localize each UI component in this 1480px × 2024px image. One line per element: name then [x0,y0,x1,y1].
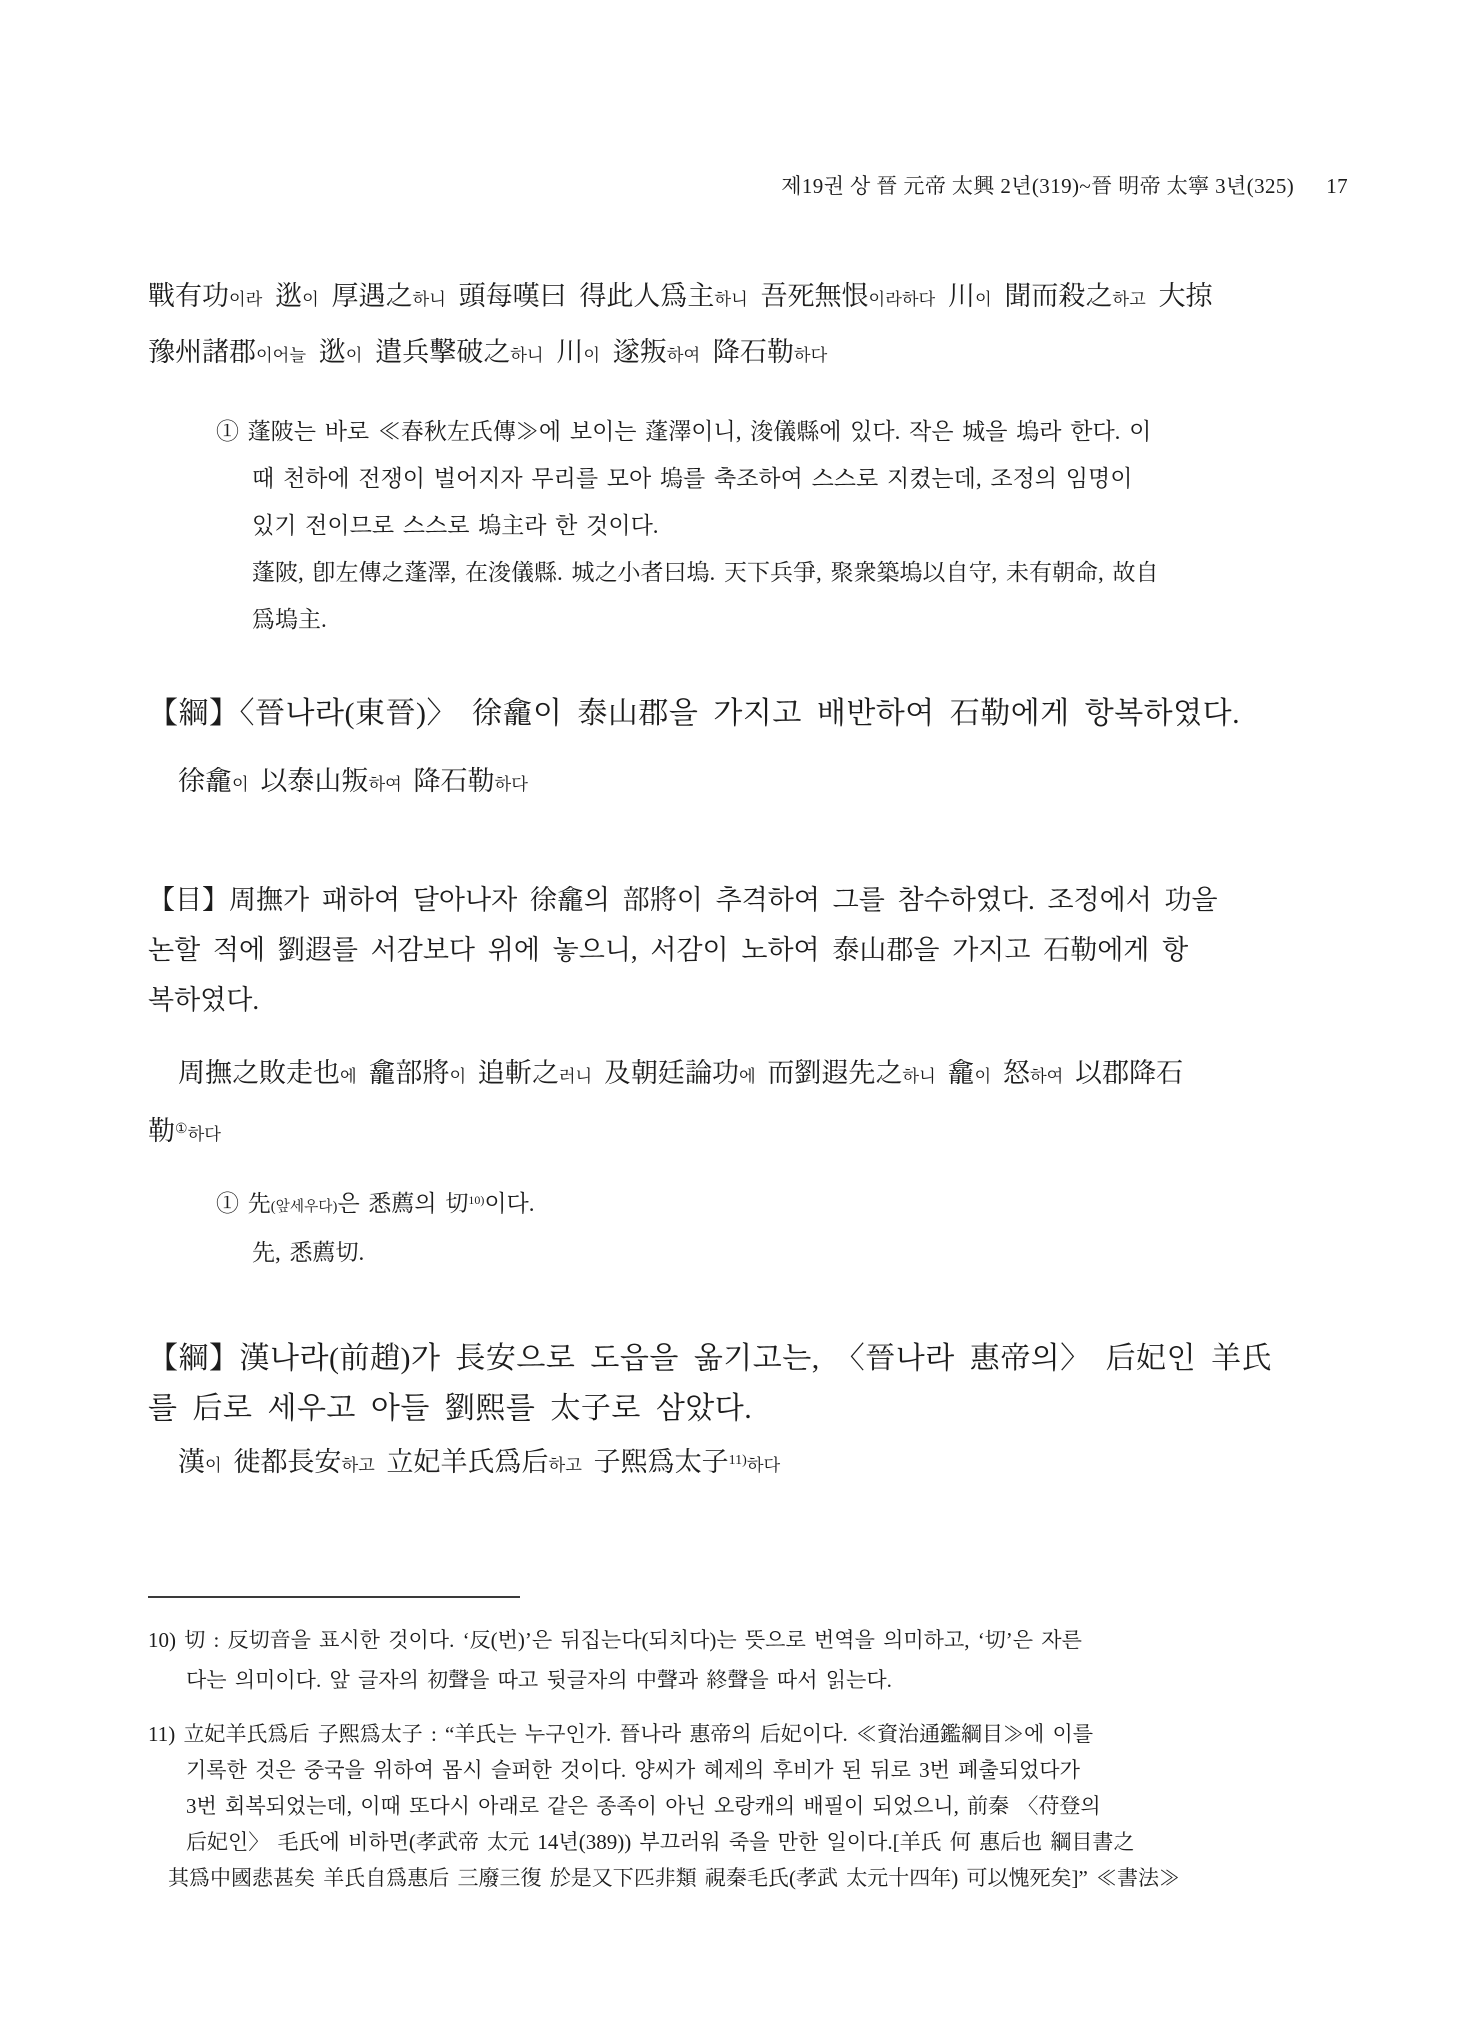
text-line: 때 천하에 전쟁이 벌어지자 무리를 모아 塢를 축조하여 스스로 지켰는데, … [216,455,1348,502]
text-line: ① 蓬陂는 바로 ≪春秋左氏傳≫에 보이는 蓬澤이니, 浚儀縣에 있다. 작은 … [216,408,1348,455]
text-line: 【綱】〈晉나라(東晉)〉 徐龕이 泰山郡을 가지고 배반하여 石勒에게 항복하였… [148,693,1348,735]
text-line: 漢이 徙都長安하고 立妃羊氏爲后하고 子熙爲太子11)하다 [148,1440,1348,1486]
text-line: 논할 적에 劉遐를 서감보다 위에 놓으니, 서감이 노하여 泰山郡을 가지고 … [148,925,1348,975]
gloss-text: 하다 [794,346,827,365]
footnote-divider [148,1596,520,1598]
page-header: 제19권 상 晉 元帝 太興 2년(319)~晉 明帝 太寧 3년(325) 1… [148,170,1348,200]
gloss-text: 하니 [714,290,747,309]
superscript-ref: ① [175,1121,188,1137]
text-line: 10) 切 : 反切音을 표시한 것이다. ‘反(번)’은 뒤집는다(되치다)는… [148,1620,1348,1660]
text-line: 복하였다. [148,975,1348,1025]
gang-heading-2: 【綱】漢나라(前趙)가 長安으로 도읍을 옮기고는, 〈晉나라 惠帝의〉 后妃인… [148,1334,1348,1434]
text-line: 徐龕이 以泰山叛하여 降石勒하다 [148,761,1348,805]
text-line: 其爲中國悲甚矣 羊氏自爲惠后 三廢三復 於是又下匹非類 視秦毛氏(孝武 太元十四… [148,1860,1348,1896]
gloss-text: 하니 [510,346,543,365]
text-line: 周撫之敗走也에 龕部將이 追斬之러니 及朝廷論功에 而劉遐先之하니 龕이 怒하여… [148,1047,1348,1103]
gloss-text: 하다 [747,1456,780,1475]
text-line: 를 后로 세우고 아들 劉熙를 太子로 삼았다. [148,1384,1348,1434]
gloss-text: 이 [346,346,363,365]
text-line: 蓬陂, 卽左傳之蓬澤, 在浚儀縣. 城之小者曰塢. 天下兵爭, 聚衆築塢以自守,… [216,549,1348,596]
gloss-text: 하여 [368,775,401,794]
gang-hanja-2: 漢이 徙都長安하고 立妃羊氏爲后하고 子熙爲太子11)하다 [148,1440,1348,1486]
gloss-text: 이라하다 [869,290,936,309]
endnote-10: 10) 切 : 反切音을 표시한 것이다. ‘反(번)’은 뒤집는다(되치다)는… [148,1620,1348,1700]
gloss-text: 이어늘 [256,346,306,365]
gang-heading-1: 【綱】〈晉나라(東晉)〉 徐龕이 泰山郡을 가지고 배반하여 石勒에게 항복하였… [148,693,1348,735]
mok-paragraph-1: 【目】周撫가 패하여 달아나자 徐龕의 部將이 추격하여 그를 참수하였다. 조… [148,875,1348,1025]
gloss-text: 하고 [549,1456,582,1475]
gloss-text: 이 [205,1456,222,1475]
hanja-paragraph-1: 戰有功이라 逖이 厚遇之하니 頭每嘆曰 得此人爲主하니 吾死無恨이라하다 川이 … [148,270,1348,382]
text-line: 豫州諸郡이어늘 逖이 遣兵擊破之하니 川이 遂叛하여 降石勒하다 [148,326,1348,382]
text-line: 기록한 것은 중국을 위하여 몹시 슬퍼한 것이다. 양씨가 혜제의 후비가 된… [148,1752,1348,1788]
text-line: 爲塢主. [216,596,1348,643]
gloss-text: 이 [232,775,249,794]
gloss-text: 하고 [1112,290,1145,309]
page-number: 17 [1326,174,1348,199]
text-line: 있기 전이므로 스스로 塢主라 한 것이다. [216,502,1348,549]
running-title: 제19권 상 晉 元帝 太興 2년(319)~晉 明帝 太寧 3년(325) [781,170,1294,200]
text-line: 다는 의미이다. 앞 글자의 初聲을 따고 뒷글자의 中聲과 終聲을 따서 읽는… [148,1660,1348,1700]
superscript-ref: 10) [468,1193,484,1207]
gloss-text: 이 [302,290,319,309]
text-line: 先, 悉薦切. [216,1230,1348,1276]
gloss-text: 하여 [667,346,700,365]
text-line: 3번 회복되었는데, 이때 또다시 아래로 같은 종족이 아닌 오랑캐의 배필이… [148,1788,1348,1824]
text-line: 【綱】漢나라(前趙)가 長安으로 도읍을 옮기고는, 〈晉나라 惠帝의〉 后妃인… [148,1334,1348,1384]
gloss-text: 하다 [495,775,528,794]
gloss-text: 하니 [413,290,446,309]
gloss-text: 에 [340,1067,357,1086]
gloss-text: (앞세우다) [271,1199,338,1215]
text-line: 【目】周撫가 패하여 달아나자 徐龕의 部將이 추격하여 그를 참수하였다. 조… [148,875,1348,925]
gloss-text: 이 [975,1067,992,1086]
text-line: 后妃인〉 毛氏에 비하면(孝武帝 太元 14년(389)) 부끄러워 죽을 만한… [148,1824,1348,1860]
gloss-text: 하고 [341,1456,374,1475]
mok-hanja-1: 周撫之敗走也에 龕部將이 追斬之러니 及朝廷論功에 而劉遐先之하니 龕이 怒하여… [148,1047,1348,1161]
inline-footnote-block-2: ① 先(앞세우다)은 悉薦의 切10)이다.先, 悉薦切. [216,1177,1348,1276]
text-line: ① 先(앞세우다)은 悉薦의 切10)이다. [216,1177,1348,1230]
text-line: 戰有功이라 逖이 厚遇之하니 頭每嘆曰 得此人爲主하니 吾死無恨이라하다 川이 … [148,270,1348,326]
gloss-text: 이 [975,290,992,309]
text-line: 勒①하다 [148,1103,1348,1161]
gloss-text: 하니 [902,1067,935,1086]
gloss-text: 이 [583,346,600,365]
gloss-text: 에 [739,1067,756,1086]
document-page: 제19권 상 晉 元帝 太興 2년(319)~晉 明帝 太寧 3년(325) 1… [0,0,1480,2024]
endnote-11: 11) 立妃羊氏爲后 子熙爲太子 : “羊氏는 누구인가. 晉나라 惠帝의 后妃… [148,1716,1348,1896]
gloss-text: 하다 [188,1125,221,1144]
text-line: 11) 立妃羊氏爲后 子熙爲太子 : “羊氏는 누구인가. 晉나라 惠帝의 后妃… [148,1716,1348,1752]
gang-hanja-1: 徐龕이 以泰山叛하여 降石勒하다 [148,761,1348,805]
gloss-text: 이 [449,1067,466,1086]
inline-footnote-block-1: ① 蓬陂는 바로 ≪春秋左氏傳≫에 보이는 蓬澤이니, 浚儀縣에 있다. 작은 … [216,408,1348,643]
gloss-text: 이라 [229,290,262,309]
gloss-text: 하여 [1030,1067,1063,1086]
superscript-ref: 11) [729,1452,747,1468]
gloss-text: 러니 [559,1067,592,1086]
